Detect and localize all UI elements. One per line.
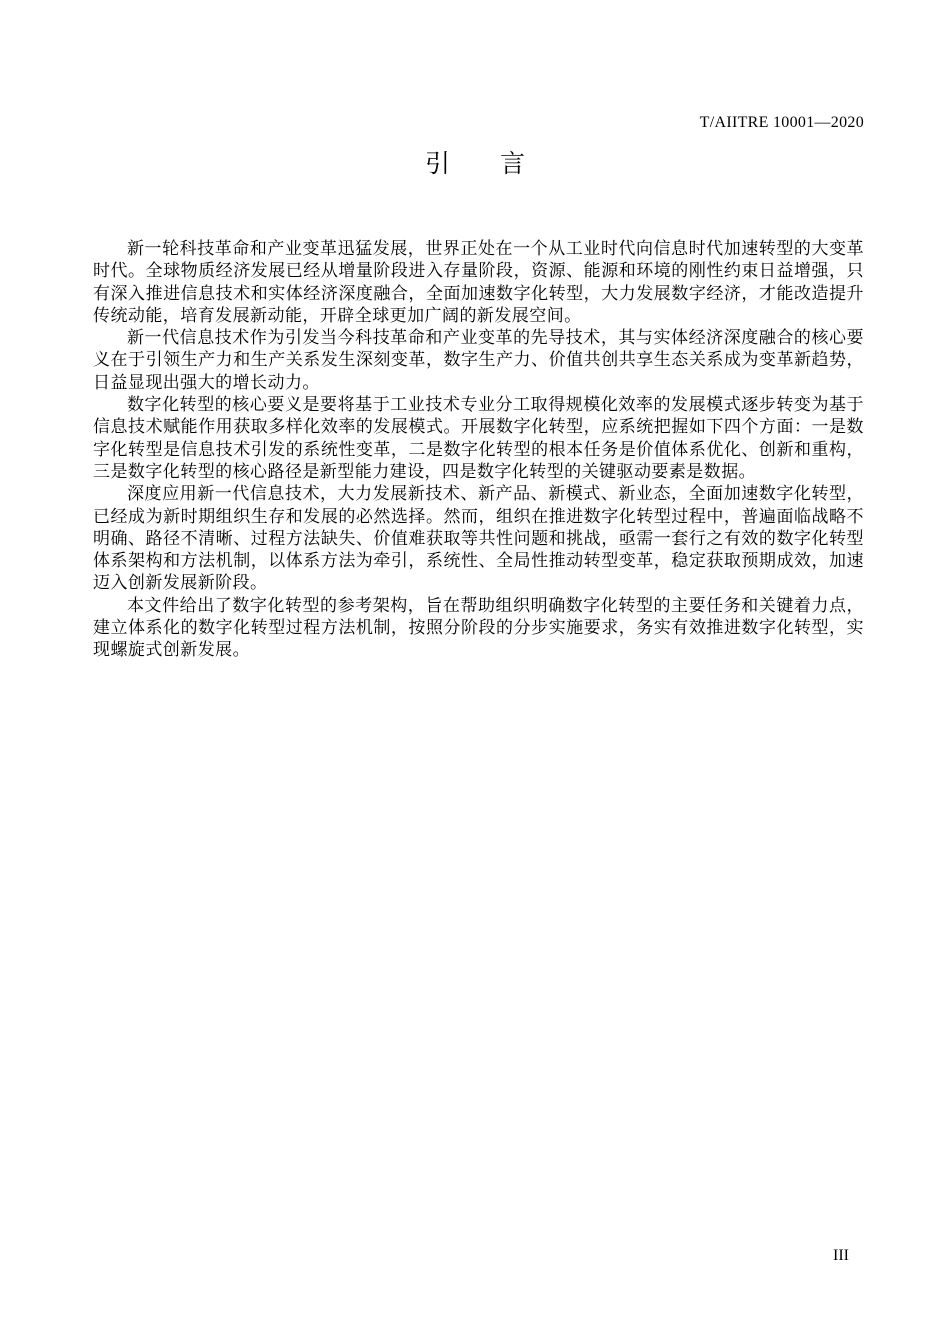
paragraph-2: 新一代信息技术作为引发当今科技革命和产业变革的先导技术，其与实体经济深度融合的核… — [93, 327, 864, 394]
page-title: 引 言 — [0, 149, 950, 179]
document-page: T/AIITRE 10001—2020 引 言 新一轮科技革命和产业变革迅猛发展… — [0, 0, 950, 1343]
paragraph-5: 本文件给出了数字化转型的参考架构，旨在帮助组织明确数字化转型的主要任务和关键着力… — [93, 595, 864, 662]
page-number: III — [833, 1247, 849, 1265]
introduction-text: 新一轮科技革命和产业变革迅猛发展，世界正处在一个从工业时代向信息时代加速转型的大… — [93, 238, 864, 662]
document-number: T/AIITRE 10001—2020 — [700, 114, 864, 132]
paragraph-3: 数字化转型的核心要义是要将基于工业技术专业分工取得规模化效率的发展模式逐步转变为… — [93, 394, 864, 483]
paragraph-4: 深度应用新一代信息技术，大力发展新技术、新产品、新模式、新业态，全面加速数字化转… — [93, 483, 864, 594]
paragraph-1: 新一轮科技革命和产业变革迅猛发展，世界正处在一个从工业时代向信息时代加速转型的大… — [93, 238, 864, 327]
